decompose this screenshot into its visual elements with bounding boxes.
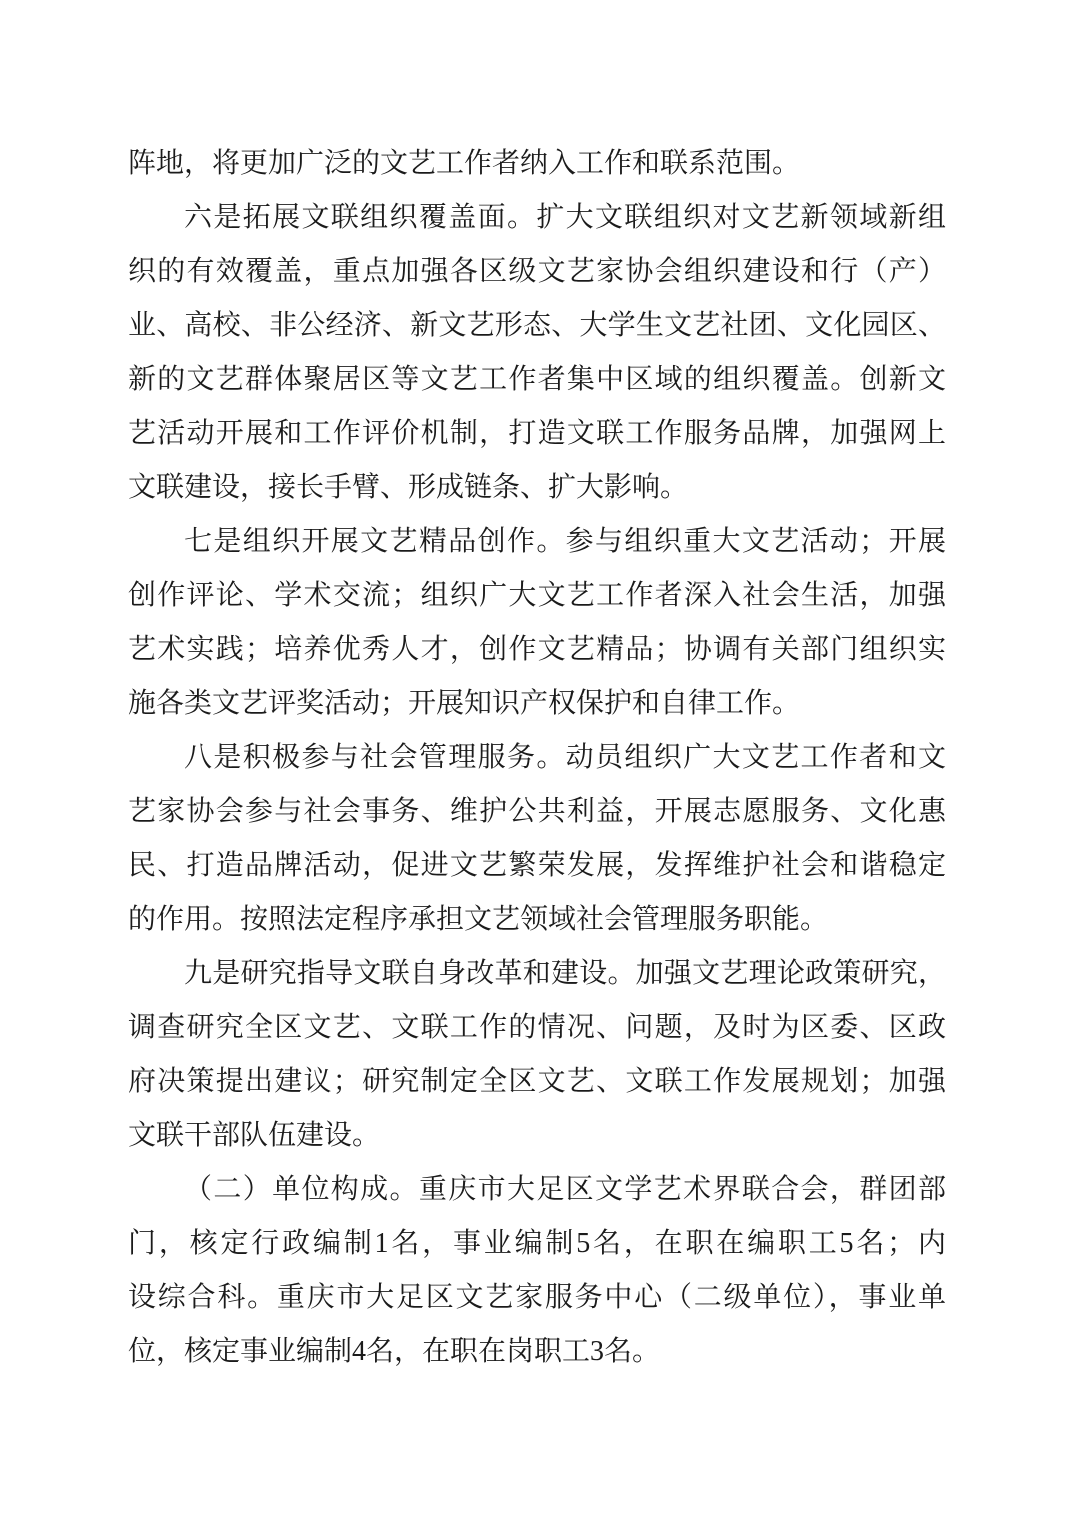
text-line: 设综合科。重庆市大足区文艺家服务中心（二级单位），事业单 — [128, 1271, 946, 1325]
text-line: 艺术实践；培养优秀人才，创作文艺精品；协调有关部门组织实 — [128, 623, 946, 677]
text-line: 新的文艺群体聚居区等文艺工作者集中区域的组织覆盖。创新文 — [128, 353, 946, 407]
text-line: 织的有效覆盖，重点加强各区级文艺家协会组织建设和行（产） — [128, 245, 946, 299]
text-line: 艺活动开展和工作评价机制，打造文联工作服务品牌，加强网上 — [128, 407, 946, 461]
text-line: 艺家协会参与社会事务、维护公共利益，开展志愿服务、文化惠 — [128, 785, 946, 839]
text-line: 六是拓展文联组织覆盖面。扩大文联组织对文艺新领域新组 — [128, 191, 946, 245]
text-line: 的作用。按照法定程序承担文艺领域社会管理服务职能。 — [128, 893, 946, 947]
text-line: 文联建设，接长手臂、形成链条、扩大影响。 — [128, 461, 946, 515]
text-line: （二）单位构成。重庆市大足区文学艺术界联合会，群团部 — [128, 1163, 946, 1217]
text-line: 位，核定事业编制4名，在职在岗职工3名。 — [128, 1325, 946, 1379]
text-line: 创作评论、学术交流；组织广大文艺工作者深入社会生活，加强 — [128, 569, 946, 623]
text-line: 文联干部队伍建设。 — [128, 1109, 946, 1163]
text-line: 民、打造品牌活动，促进文艺繁荣发展，发挥维护社会和谐稳定 — [128, 839, 946, 893]
text-line: 调查研究全区文艺、文联工作的情况、问题，及时为区委、区政 — [128, 1001, 946, 1055]
text-line: 门，核定行政编制1名，事业编制5名，在职在编职工5名；内 — [128, 1217, 946, 1271]
text-line: 八是积极参与社会管理服务。动员组织广大文艺工作者和文 — [128, 731, 946, 785]
text-line: 府决策提出建议；研究制定全区文艺、文联工作发展规划；加强 — [128, 1055, 946, 1109]
text-line: 九是研究指导文联自身改革和建设。加强文艺理论政策研究， — [128, 947, 946, 1001]
text-line: 七是组织开展文艺精品创作。参与组织重大文艺活动；开展 — [128, 515, 946, 569]
text-line: 业、高校、非公经济、新文艺形态、大学生文艺社团、文化园区、 — [128, 299, 946, 353]
document-page: 阵地，将更加广泛的文艺工作者纳入工作和联系范围。 六是拓展文联组织覆盖面。扩大文… — [0, 0, 1074, 1520]
document-body: 阵地，将更加广泛的文艺工作者纳入工作和联系范围。 六是拓展文联组织覆盖面。扩大文… — [128, 137, 946, 1379]
text-line: 阵地，将更加广泛的文艺工作者纳入工作和联系范围。 — [128, 137, 946, 191]
text-line: 施各类文艺评奖活动；开展知识产权保护和自律工作。 — [128, 677, 946, 731]
